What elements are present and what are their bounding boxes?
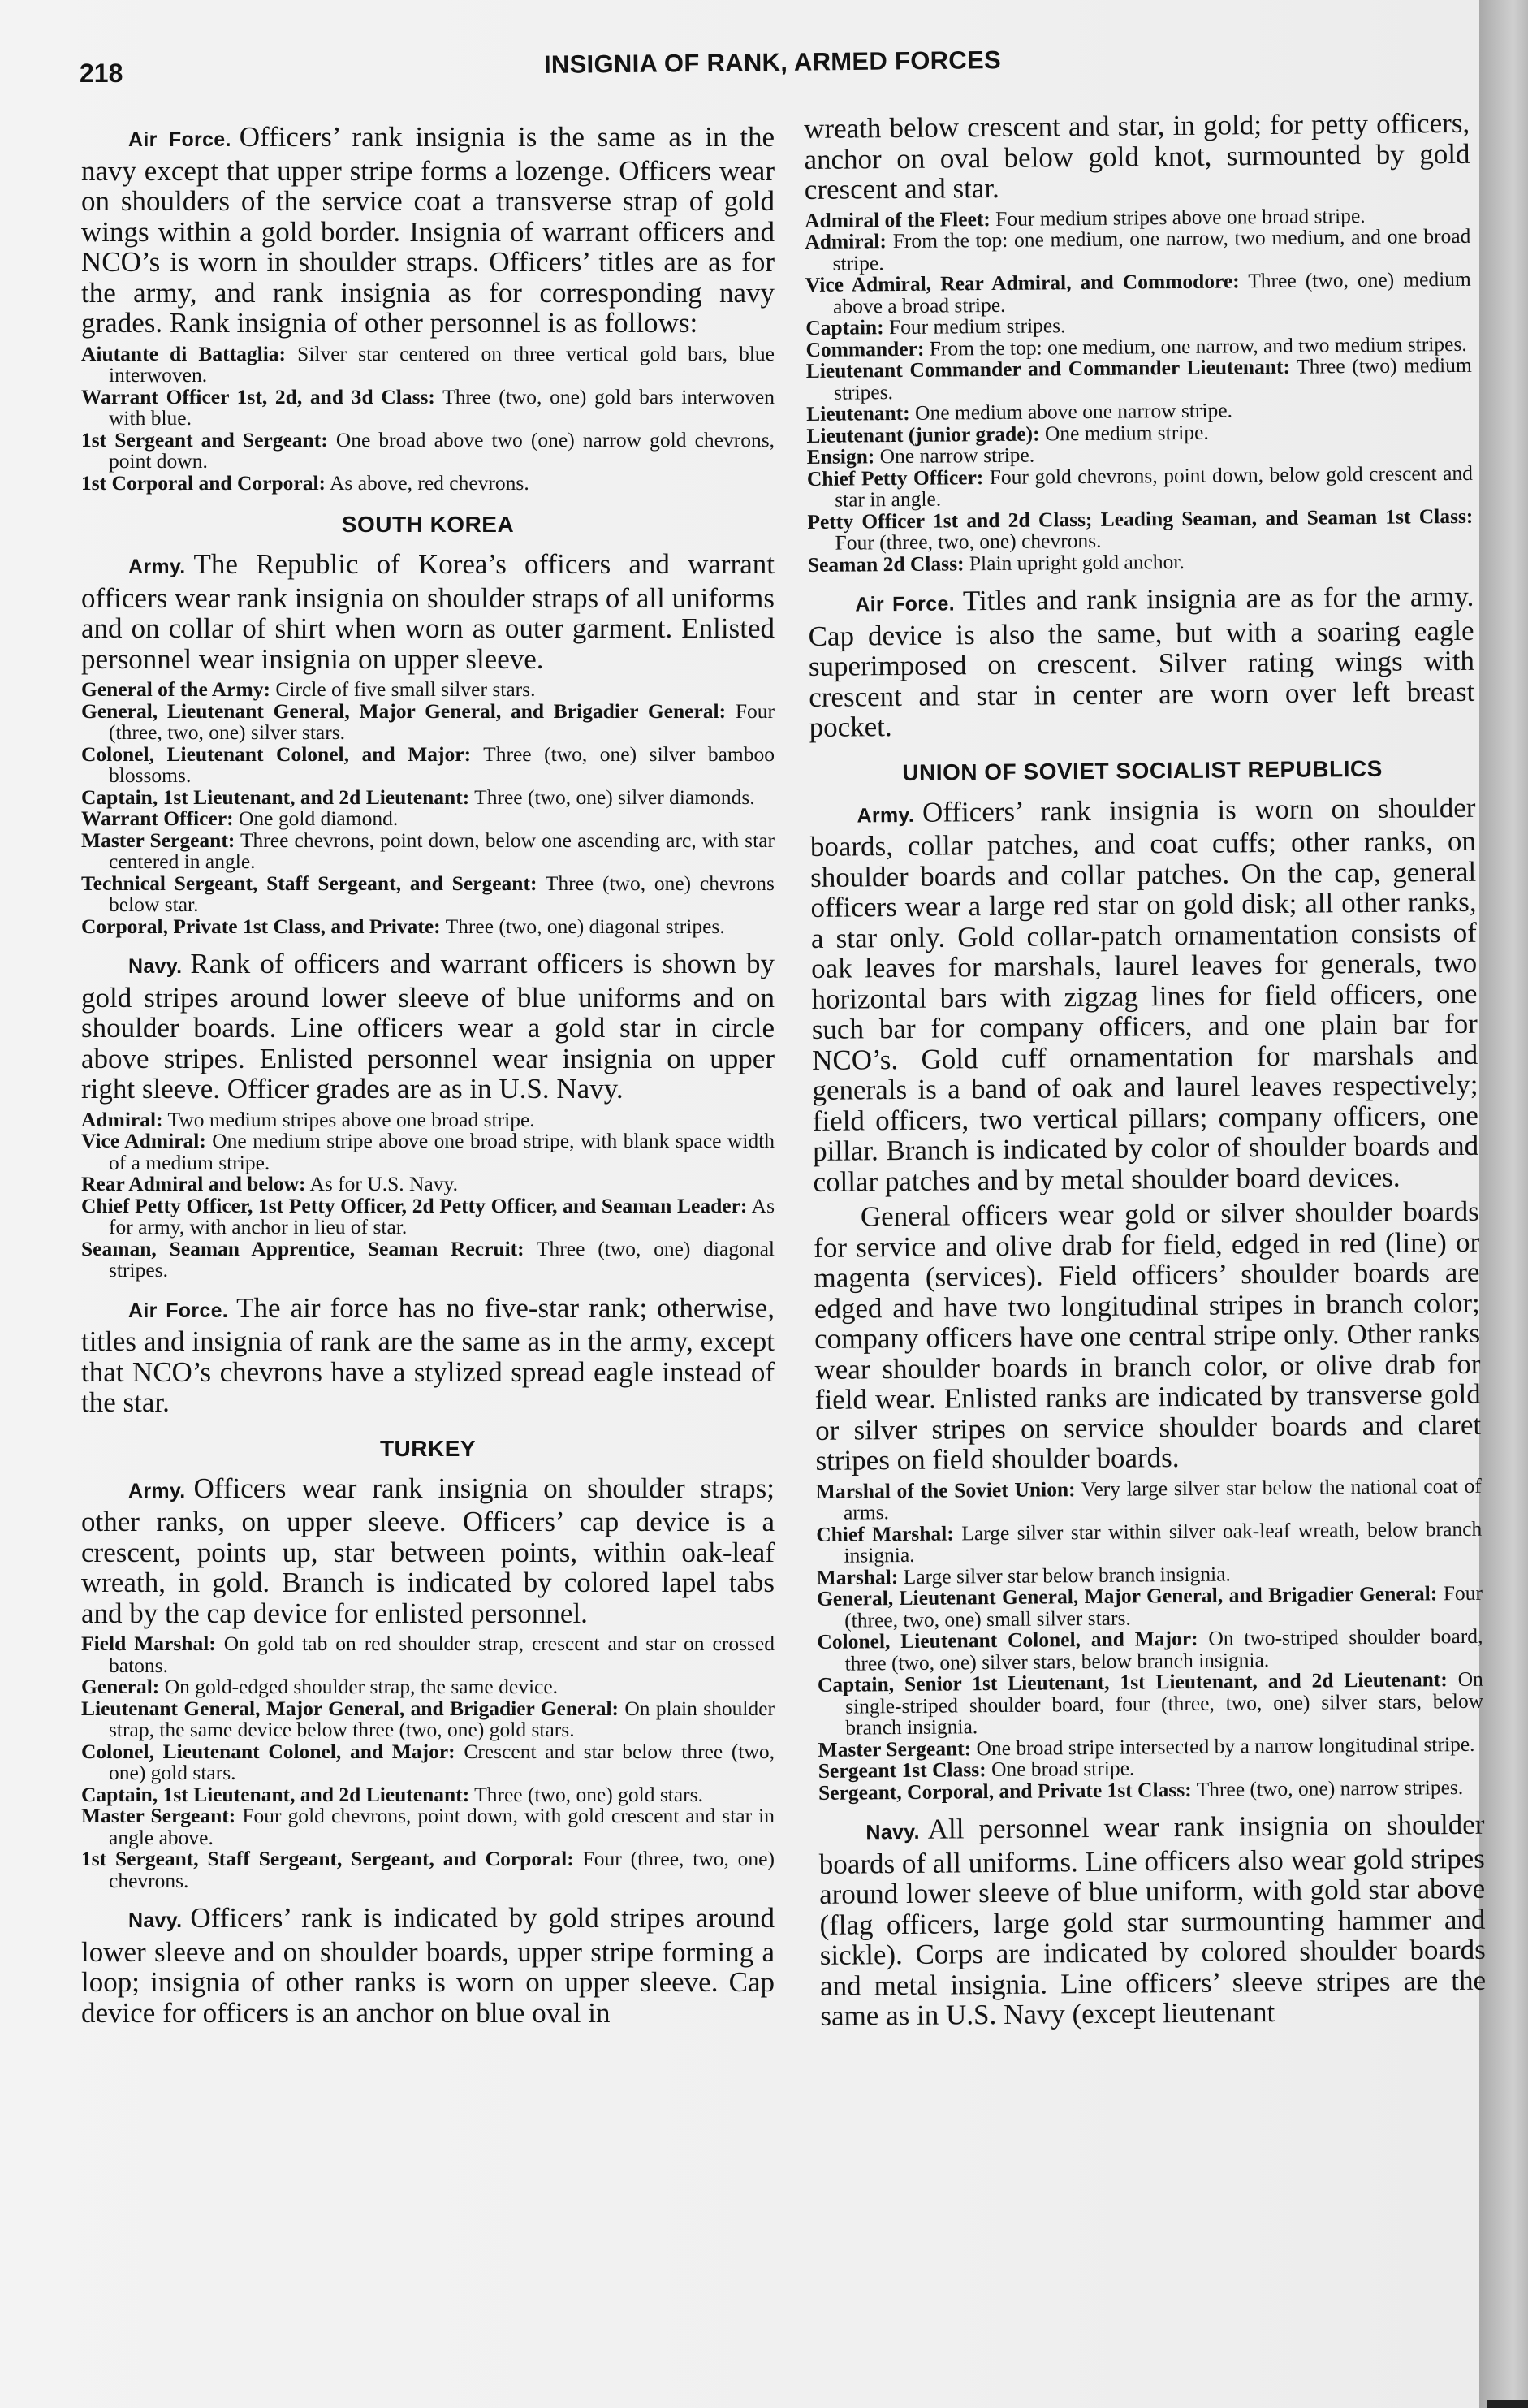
page-number: 218 — [80, 58, 123, 89]
rank-title: Captain, 1st Lieutenant, and 2d Lieutena… — [81, 785, 469, 809]
rank-entry: 1st Sergeant and Sergeant: One broad abo… — [81, 430, 775, 473]
page-gutter-shadow — [1479, 0, 1528, 2408]
page-gutter-edge — [1487, 2400, 1528, 2408]
turkey-navy-paragraph: Navy.Officers’ rank is indicated by gold… — [81, 1903, 775, 2028]
rank-entry: Admiral: Two medium stripes above one br… — [81, 1109, 775, 1131]
rank-title: 1st Corporal and Corporal: — [81, 471, 326, 495]
rank-entry: Warrant Officer: One gold diamond. — [81, 808, 775, 830]
rank-list: Field Marshal: On gold tab on red should… — [81, 1633, 775, 1891]
rank-entry: Vice Admiral, Rear Admiral, and Commodor… — [805, 269, 1471, 318]
rank-title: Vice Admiral: — [81, 1129, 206, 1152]
ussr-army-paragraph-2: General officers wear gold or silver sho… — [814, 1196, 1482, 1476]
rank-title: Lieutenant Commander and Commander Lieut… — [806, 355, 1290, 383]
rank-title: Captain, 1st Lieutenant, and 2d Lieutena… — [81, 1783, 469, 1806]
rank-entry: Captain, Senior 1st Lieutenant, 1st Lieu… — [818, 1669, 1484, 1740]
rank-description: Three (two, one) silver diamonds. — [474, 785, 755, 809]
rank-title: Warrant Officer: — [81, 806, 234, 830]
rank-title: General, Lieutenant General, Major Gener… — [81, 699, 726, 723]
rank-entry: Lieutenant General, Major General, and B… — [81, 1698, 775, 1741]
rank-entry: Petty Officer 1st and 2d Class; Leading … — [807, 505, 1473, 554]
rank-entry: Warrant Officer 1st, 2d, and 3d Class: T… — [81, 387, 775, 430]
rank-title: Captain: — [805, 315, 884, 339]
turkey-navy-continued-paragraph: wreath below crescent and star, in gold;… — [804, 108, 1470, 205]
rank-title: 1st Sergeant, Staff Sergeant, Sergeant, … — [81, 1847, 574, 1870]
rank-list: Aiutante di Battaglia: Silver star cente… — [81, 344, 775, 495]
rank-description: Three (two, one) diagonal stripes. — [446, 914, 725, 938]
rank-entry: Vice Admiral: One medium stripe above on… — [81, 1131, 775, 1174]
rank-title: Aiutante di Battaglia: — [81, 342, 286, 365]
turkey-air-force-paragraph: Air Force.Titles and rank insignia are a… — [808, 581, 1475, 743]
rank-description: On gold-edged shoulder strap, the same d… — [165, 1675, 558, 1698]
turkey-army-paragraph: Army.Officers wear rank insignia on shou… — [81, 1473, 775, 1629]
rank-entry: General: On gold-edged shoulder strap, t… — [81, 1676, 775, 1698]
section-heading-turkey: TURKEY — [81, 1436, 775, 1462]
rank-title: Lieutenant General, Major General, and B… — [81, 1697, 619, 1720]
rank-entry: Sergeant, Corporal, and Private 1st Clas… — [818, 1776, 1484, 1804]
rank-description: Plain upright gold anchor. — [969, 549, 1185, 574]
rank-list: Marshal of the Soviet Union: Very large … — [816, 1475, 1484, 1804]
rank-list: General of the Army: Circle of five smal… — [81, 679, 775, 937]
rank-title: Corporal, Private 1st Class, and Private… — [81, 914, 441, 938]
section-heading-south-korea: SOUTH KOREA — [81, 512, 775, 538]
rank-entry: General, Lieutenant General, Major Gener… — [81, 701, 775, 744]
south-korea-navy-paragraph: Navy.Rank of officers and warrant office… — [81, 949, 775, 1105]
rank-description: One broad stripe intersected by a narrow… — [976, 1731, 1474, 1759]
ussr-army-paragraph: Army.Officers’ rank insignia is worn on … — [809, 792, 1478, 1197]
rank-title: Admiral: — [81, 1108, 163, 1131]
rank-title: Petty Officer 1st and 2d Class; Leading … — [807, 504, 1473, 533]
rank-title: Ensign: — [807, 444, 875, 469]
rank-title: Master Sergeant: — [81, 1804, 235, 1827]
rank-entry: Corporal, Private 1st Class, and Private… — [81, 916, 775, 938]
rank-title: Chief Marshal: — [816, 1521, 954, 1546]
right-column: wreath below crescent and star, in gold;… — [804, 108, 1487, 2037]
rank-entry: Master Sergeant: Four gold chevrons, poi… — [81, 1805, 775, 1848]
subsection-lead: Army. — [128, 1480, 186, 1502]
running-head: 218 INSIGNIA OF RANK, ARMED FORCES — [80, 50, 1468, 91]
rank-entry: Field Marshal: On gold tab on red should… — [81, 1633, 775, 1676]
rank-title: Chief Petty Officer, 1st Petty Officer, … — [81, 1194, 747, 1217]
rank-title: General: — [81, 1675, 159, 1698]
rank-list: Admiral of the Fleet: Four medium stripe… — [805, 204, 1474, 576]
italy-air-force-paragraph: Air Force.Officers’ rank insignia is the… — [81, 122, 775, 339]
rank-description: Circle of five small silver stars. — [275, 677, 535, 701]
rank-title: Colonel, Lieutenant Colonel, and Major: — [81, 1740, 455, 1763]
rank-list: Admiral: Two medium stripes above one br… — [81, 1109, 775, 1282]
rank-entry: Colonel, Lieutenant Colonel, and Major: … — [81, 1741, 775, 1784]
rank-title: Admiral: — [805, 229, 887, 253]
rank-entry: Captain, 1st Lieutenant, and 2d Lieutena… — [81, 1784, 775, 1806]
rank-entry: Colonel, Lieutenant Colonel, and Major: … — [81, 744, 775, 787]
subsection-lead: Army. — [857, 803, 914, 827]
rank-title: Marshal: — [817, 1565, 899, 1589]
rank-title: Warrant Officer 1st, 2d, and 3d Class: — [81, 385, 435, 409]
rank-entry: Chief Marshal: Large silver star within … — [816, 1518, 1482, 1567]
rank-description: One gold diamond. — [239, 806, 398, 830]
rank-title: Colonel, Lieutenant Colonel, and Major: — [81, 742, 471, 766]
rank-title: 1st Sergeant and Sergeant: — [81, 428, 328, 452]
rank-entry: Master Sergeant: Three chevrons, point d… — [81, 830, 775, 873]
subsection-lead: Air Force. — [128, 1299, 228, 1322]
rank-entry: Chief Petty Officer, 1st Petty Officer, … — [81, 1195, 775, 1239]
rank-entry: Rear Admiral and below: As for U.S. Navy… — [81, 1174, 775, 1195]
south-korea-air-force-paragraph: Air Force.The air force has no five-star… — [81, 1293, 775, 1418]
rank-entry: General of the Army: Circle of five smal… — [81, 679, 775, 701]
section-heading-ussr: UNION OF SOVIET SOCIALIST REPUBLICS — [809, 754, 1475, 786]
rank-title: Seaman 2d Class: — [808, 551, 965, 577]
rank-title: Master Sergeant: — [81, 828, 235, 852]
rank-description: As for U.S. Navy. — [309, 1172, 458, 1195]
rank-title: Technical Sergeant, Staff Sergeant, and … — [81, 871, 537, 895]
rank-description: Two medium stripes above one broad strip… — [168, 1108, 535, 1131]
subsection-lead: Navy. — [865, 1821, 920, 1844]
ussr-navy-paragraph: Navy.All personnel wear rank insignia on… — [818, 1809, 1486, 2032]
rank-description: One medium stripe. — [1045, 420, 1209, 445]
subsection-lead: Air Force. — [855, 592, 955, 616]
rank-title: Field Marshal: — [81, 1632, 216, 1655]
rank-entry: Technical Sergeant, Staff Sergeant, and … — [81, 873, 775, 916]
rank-entry: Seaman 2d Class: Plain upright gold anch… — [808, 548, 1474, 576]
rank-description: From the top: one medium, one narrow, tw… — [832, 224, 1470, 275]
rank-title: General of the Army: — [81, 677, 270, 701]
rank-entry: Captain, 1st Lieutenant, and 2d Lieutena… — [81, 787, 775, 809]
rank-title: Marshal of the Soviet Union: — [816, 1477, 1076, 1503]
subsection-lead: Navy. — [128, 1909, 182, 1932]
rank-title: Vice Admiral, Rear Admiral, and Commodor… — [805, 269, 1240, 296]
rank-title: Sergeant, Corporal, and Private 1st Clas… — [818, 1777, 1192, 1804]
rank-title: Seaman, Seaman Apprentice, Seaman Recrui… — [81, 1237, 524, 1260]
rank-title: Lieutenant: — [806, 401, 910, 426]
rank-description: One medium stripe above one broad stripe… — [109, 1129, 775, 1174]
rank-entry: Lieutenant Commander and Commander Lieut… — [806, 355, 1472, 404]
rank-description: As above, red chevrons. — [330, 471, 529, 495]
rank-entry: Seaman, Seaman Apprentice, Seaman Recrui… — [81, 1239, 775, 1282]
rank-description: Three (two, one) gold stars. — [474, 1783, 703, 1806]
rank-entry: 1st Sergeant, Staff Sergeant, Sergeant, … — [81, 1848, 775, 1891]
rank-entry: Aiutante di Battaglia: Silver star cente… — [81, 344, 775, 387]
subsection-lead: Army. — [128, 556, 186, 578]
subsection-lead: Air Force. — [128, 128, 231, 151]
rank-description: Three (two, one) narrow stripes. — [1196, 1775, 1463, 1801]
running-title: INSIGNIA OF RANK, ARMED FORCES — [544, 45, 1001, 80]
rank-title: Rear Admiral and below: — [81, 1172, 306, 1195]
subsection-lead: Navy. — [128, 955, 182, 978]
rank-title: Chief Petty Officer: — [807, 465, 984, 491]
south-korea-army-paragraph: Army.The Republic of Korea’s officers an… — [81, 549, 775, 674]
left-column: Air Force.Officers’ rank insignia is the… — [81, 122, 775, 2033]
rank-entry: 1st Corporal and Corporal: As above, red… — [81, 473, 775, 495]
